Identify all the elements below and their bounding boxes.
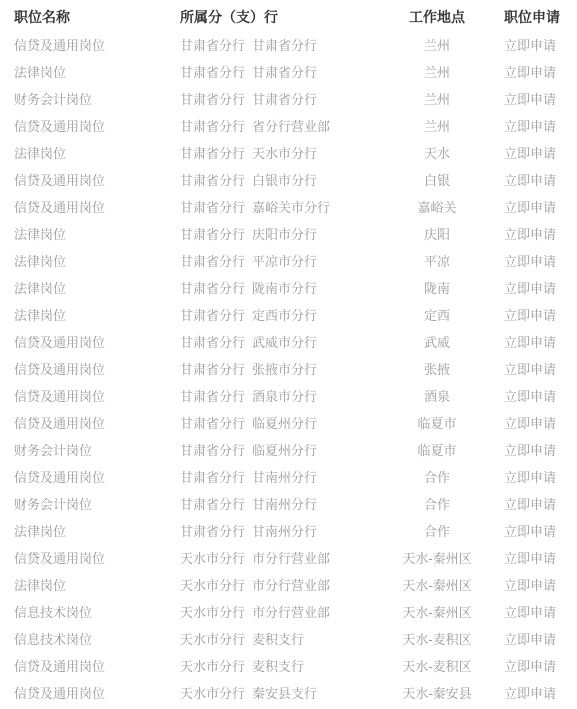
branch-name: 甘肃省分行 (180, 497, 245, 512)
work-location: 酒泉 (372, 386, 502, 405)
header-branch: 所属分（支）行 (180, 7, 372, 27)
branch-cell: 天水市分行麦积支行 (180, 656, 372, 675)
work-location: 天水-麦积区 (372, 656, 502, 675)
branch-name: 甘肃省分行 (180, 227, 245, 242)
branch-name: 甘肃省分行 (180, 173, 245, 188)
apply-link[interactable]: 立即申请 (504, 551, 556, 566)
position-name: 信息技术岗位 (14, 602, 180, 621)
job-table: 职位名称 所属分（支）行 工作地点 职位申请 信贷及通用岗位 甘肃省分行甘肃省分… (0, 3, 577, 706)
table-row: 信息技术岗位 天水市分行市分行营业部 天水-秦州区 立即申请 (0, 598, 577, 625)
table-row: 信贷及通用岗位 甘肃省分行甘南州分行 合作 立即申请 (0, 463, 577, 490)
branch-cell: 甘肃省分行临夏州分行 (180, 440, 372, 459)
branch-cell: 甘肃省分行平凉市分行 (180, 251, 372, 270)
table-row: 信贷及通用岗位 甘肃省分行嘉峪关市分行 嘉峪关 立即申请 (0, 193, 577, 220)
work-location: 兰州 (372, 116, 502, 135)
apply-link[interactable]: 立即申请 (504, 497, 556, 512)
branch-cell: 甘肃省分行甘肃省分行 (180, 62, 372, 81)
position-name: 法律岗位 (14, 143, 180, 162)
work-location: 天水-秦州区 (372, 602, 502, 621)
table-header-row: 职位名称 所属分（支）行 工作地点 职位申请 (0, 3, 577, 31)
branch-name: 甘肃省分行 (180, 92, 245, 107)
sub-branch-name: 秦安县支行 (252, 686, 317, 701)
work-location: 兰州 (372, 89, 502, 108)
apply-link[interactable]: 立即申请 (504, 281, 556, 296)
table-row: 法律岗位 甘肃省分行陇南市分行 陇南 立即申请 (0, 274, 577, 301)
sub-branch-name: 定西市分行 (252, 308, 317, 323)
branch-name: 甘肃省分行 (180, 146, 245, 161)
position-name: 法律岗位 (14, 305, 180, 324)
branch-cell: 甘肃省分行嘉峪关市分行 (180, 197, 372, 216)
work-location: 嘉峪关 (372, 197, 502, 216)
work-location: 天水-秦安县 (372, 683, 502, 702)
branch-cell: 天水市分行市分行营业部 (180, 602, 372, 621)
apply-link[interactable]: 立即申请 (504, 416, 556, 431)
work-location: 天水-秦州区 (372, 548, 502, 567)
branch-name: 甘肃省分行 (180, 470, 245, 485)
apply-link[interactable]: 立即申请 (504, 470, 556, 485)
sub-branch-name: 甘南州分行 (252, 470, 317, 485)
sub-branch-name: 甘南州分行 (252, 497, 317, 512)
branch-cell: 天水市分行麦积支行 (180, 629, 372, 648)
branch-cell: 甘肃省分行天水市分行 (180, 143, 372, 162)
table-body: 信贷及通用岗位 甘肃省分行甘肃省分行 兰州 立即申请 法律岗位 甘肃省分行甘肃省… (0, 31, 577, 706)
branch-name: 天水市分行 (180, 578, 245, 593)
apply-link[interactable]: 立即申请 (504, 200, 556, 215)
position-name: 信贷及通用岗位 (14, 683, 180, 702)
header-apply: 职位申请 (502, 7, 577, 27)
apply-link[interactable]: 立即申请 (504, 659, 556, 674)
table-row: 法律岗位 甘肃省分行平凉市分行 平凉 立即申请 (0, 247, 577, 274)
apply-link[interactable]: 立即申请 (504, 389, 556, 404)
branch-cell: 甘肃省分行甘南州分行 (180, 521, 372, 540)
sub-branch-name: 市分行营业部 (252, 605, 330, 620)
apply-link[interactable]: 立即申请 (504, 308, 556, 323)
sub-branch-name: 省分行营业部 (252, 119, 330, 134)
header-position-name: 职位名称 (14, 7, 180, 27)
work-location: 白银 (372, 170, 502, 189)
table-row: 信贷及通用岗位 甘肃省分行临夏州分行 临夏市 立即申请 (0, 409, 577, 436)
position-name: 财务会计岗位 (14, 494, 180, 513)
position-name: 财务会计岗位 (14, 440, 180, 459)
sub-branch-name: 庆阳市分行 (252, 227, 317, 242)
branch-cell: 甘肃省分行甘南州分行 (180, 467, 372, 486)
work-location: 武威 (372, 332, 502, 351)
sub-branch-name: 天水市分行 (252, 146, 317, 161)
position-name: 法律岗位 (14, 62, 180, 81)
position-name: 信贷及通用岗位 (14, 656, 180, 675)
branch-cell: 甘肃省分行酒泉市分行 (180, 386, 372, 405)
table-row: 法律岗位 甘肃省分行甘肃省分行 兰州 立即申请 (0, 58, 577, 85)
position-name: 信贷及通用岗位 (14, 359, 180, 378)
position-name: 信贷及通用岗位 (14, 548, 180, 567)
branch-name: 甘肃省分行 (180, 38, 245, 53)
sub-branch-name: 武威市分行 (252, 335, 317, 350)
sub-branch-name: 白银市分行 (252, 173, 317, 188)
branch-name: 甘肃省分行 (180, 416, 245, 431)
position-name: 信贷及通用岗位 (14, 116, 180, 135)
apply-link[interactable]: 立即申请 (504, 146, 556, 161)
position-name: 信贷及通用岗位 (14, 467, 180, 486)
branch-name: 甘肃省分行 (180, 308, 245, 323)
branch-cell: 甘肃省分行临夏州分行 (180, 413, 372, 432)
sub-branch-name: 张掖市分行 (252, 362, 317, 377)
apply-link[interactable]: 立即申请 (504, 335, 556, 350)
sub-branch-name: 甘南州分行 (252, 524, 317, 539)
position-name: 法律岗位 (14, 521, 180, 540)
table-row: 信贷及通用岗位 天水市分行市分行营业部 天水-秦州区 立即申请 (0, 544, 577, 571)
branch-cell: 甘肃省分行甘肃省分行 (180, 35, 372, 54)
work-location: 临夏市 (372, 413, 502, 432)
position-name: 法律岗位 (14, 575, 180, 594)
branch-name: 甘肃省分行 (180, 254, 245, 269)
position-name: 法律岗位 (14, 251, 180, 270)
apply-link[interactable]: 立即申请 (504, 632, 556, 647)
table-row: 法律岗位 甘肃省分行庆阳市分行 庆阳 立即申请 (0, 220, 577, 247)
apply-link[interactable]: 立即申请 (504, 227, 556, 242)
table-row: 财务会计岗位 甘肃省分行临夏州分行 临夏市 立即申请 (0, 436, 577, 463)
position-name: 法律岗位 (14, 278, 180, 297)
branch-cell: 甘肃省分行庆阳市分行 (180, 224, 372, 243)
sub-branch-name: 市分行营业部 (252, 578, 330, 593)
branch-name: 甘肃省分行 (180, 200, 245, 215)
apply-link[interactable]: 立即申请 (504, 578, 556, 593)
branch-cell: 甘肃省分行甘肃省分行 (180, 89, 372, 108)
branch-name: 甘肃省分行 (180, 119, 245, 134)
work-location: 临夏市 (372, 440, 502, 459)
work-location: 兰州 (372, 35, 502, 54)
apply-link[interactable]: 立即申请 (504, 92, 556, 107)
sub-branch-name: 甘肃省分行 (252, 92, 317, 107)
branch-cell: 甘肃省分行甘南州分行 (180, 494, 372, 513)
position-name: 信息技术岗位 (14, 629, 180, 648)
branch-name: 天水市分行 (180, 686, 245, 701)
branch-name: 甘肃省分行 (180, 362, 245, 377)
sub-branch-name: 酒泉市分行 (252, 389, 317, 404)
apply-link[interactable]: 立即申请 (504, 119, 556, 134)
apply-link[interactable]: 立即申请 (504, 65, 556, 80)
sub-branch-name: 市分行营业部 (252, 551, 330, 566)
table-row: 法律岗位 甘肃省分行天水市分行 天水 立即申请 (0, 139, 577, 166)
position-name: 信贷及通用岗位 (14, 386, 180, 405)
work-location: 合作 (372, 494, 502, 513)
work-location: 合作 (372, 521, 502, 540)
table-row: 信贷及通用岗位 甘肃省分行甘肃省分行 兰州 立即申请 (0, 31, 577, 58)
table-row: 法律岗位 甘肃省分行甘南州分行 合作 立即申请 (0, 517, 577, 544)
branch-name: 天水市分行 (180, 605, 245, 620)
branch-name: 天水市分行 (180, 659, 245, 674)
position-name: 法律岗位 (14, 224, 180, 243)
work-location: 张掖 (372, 359, 502, 378)
table-row: 信贷及通用岗位 甘肃省分行酒泉市分行 酒泉 立即申请 (0, 382, 577, 409)
position-name: 财务会计岗位 (14, 89, 180, 108)
sub-branch-name: 麦积支行 (252, 659, 304, 674)
apply-link[interactable]: 立即申请 (504, 173, 556, 188)
position-name: 信贷及通用岗位 (14, 332, 180, 351)
apply-link[interactable]: 立即申请 (504, 254, 556, 269)
branch-name: 甘肃省分行 (180, 281, 245, 296)
work-location: 天水 (372, 143, 502, 162)
work-location: 庆阳 (372, 224, 502, 243)
work-location: 陇南 (372, 278, 502, 297)
sub-branch-name: 甘肃省分行 (252, 38, 317, 53)
table-row: 信息技术岗位 天水市分行麦积支行 天水-麦积区 立即申请 (0, 625, 577, 652)
table-row: 信贷及通用岗位 甘肃省分行白银市分行 白银 立即申请 (0, 166, 577, 193)
branch-cell: 天水市分行秦安县支行 (180, 683, 372, 702)
work-location: 兰州 (372, 62, 502, 81)
sub-branch-name: 临夏州分行 (252, 416, 317, 431)
table-row: 信贷及通用岗位 天水市分行麦积支行 天水-麦积区 立即申请 (0, 652, 577, 679)
position-name: 信贷及通用岗位 (14, 197, 180, 216)
branch-name: 甘肃省分行 (180, 443, 245, 458)
branch-cell: 甘肃省分行陇南市分行 (180, 278, 372, 297)
apply-link[interactable]: 立即申请 (504, 524, 556, 539)
position-name: 信贷及通用岗位 (14, 35, 180, 54)
branch-name: 天水市分行 (180, 551, 245, 566)
branch-cell: 甘肃省分行武威市分行 (180, 332, 372, 351)
table-row: 信贷及通用岗位 甘肃省分行省分行营业部 兰州 立即申请 (0, 112, 577, 139)
branch-cell: 天水市分行市分行营业部 (180, 575, 372, 594)
work-location: 合作 (372, 467, 502, 486)
sub-branch-name: 临夏州分行 (252, 443, 317, 458)
branch-name: 甘肃省分行 (180, 524, 245, 539)
branch-cell: 甘肃省分行定西市分行 (180, 305, 372, 324)
table-row: 信贷及通用岗位 甘肃省分行张掖市分行 张掖 立即申请 (0, 355, 577, 382)
job-listing-page: 职位名称 所属分（支）行 工作地点 职位申请 信贷及通用岗位 甘肃省分行甘肃省分… (0, 0, 577, 709)
table-row: 信贷及通用岗位 天水市分行秦安县支行 天水-秦安县 立即申请 (0, 679, 577, 706)
work-location: 天水-秦州区 (372, 575, 502, 594)
table-row: 法律岗位 天水市分行市分行营业部 天水-秦州区 立即申请 (0, 571, 577, 598)
apply-link[interactable]: 立即申请 (504, 605, 556, 620)
branch-name: 甘肃省分行 (180, 335, 245, 350)
branch-name: 甘肃省分行 (180, 389, 245, 404)
apply-link[interactable]: 立即申请 (504, 38, 556, 53)
header-work-location: 工作地点 (372, 7, 502, 27)
branch-name: 甘肃省分行 (180, 65, 245, 80)
position-name: 信贷及通用岗位 (14, 170, 180, 189)
branch-cell: 甘肃省分行省分行营业部 (180, 116, 372, 135)
sub-branch-name: 平凉市分行 (252, 254, 317, 269)
table-row: 财务会计岗位 甘肃省分行甘肃省分行 兰州 立即申请 (0, 85, 577, 112)
sub-branch-name: 陇南市分行 (252, 281, 317, 296)
table-row: 信贷及通用岗位 甘肃省分行武威市分行 武威 立即申请 (0, 328, 577, 355)
sub-branch-name: 嘉峪关市分行 (252, 200, 330, 215)
branch-cell: 甘肃省分行张掖市分行 (180, 359, 372, 378)
branch-cell: 天水市分行市分行营业部 (180, 548, 372, 567)
branch-name: 天水市分行 (180, 632, 245, 647)
sub-branch-name: 甘肃省分行 (252, 65, 317, 80)
apply-link[interactable]: 立即申请 (504, 686, 556, 701)
work-location: 平凉 (372, 251, 502, 270)
table-row: 财务会计岗位 甘肃省分行甘南州分行 合作 立即申请 (0, 490, 577, 517)
work-location: 定西 (372, 305, 502, 324)
apply-link[interactable]: 立即申请 (504, 362, 556, 377)
position-name: 信贷及通用岗位 (14, 413, 180, 432)
apply-link[interactable]: 立即申请 (504, 443, 556, 458)
table-row: 法律岗位 甘肃省分行定西市分行 定西 立即申请 (0, 301, 577, 328)
sub-branch-name: 麦积支行 (252, 632, 304, 647)
work-location: 天水-麦积区 (372, 629, 502, 648)
branch-cell: 甘肃省分行白银市分行 (180, 170, 372, 189)
